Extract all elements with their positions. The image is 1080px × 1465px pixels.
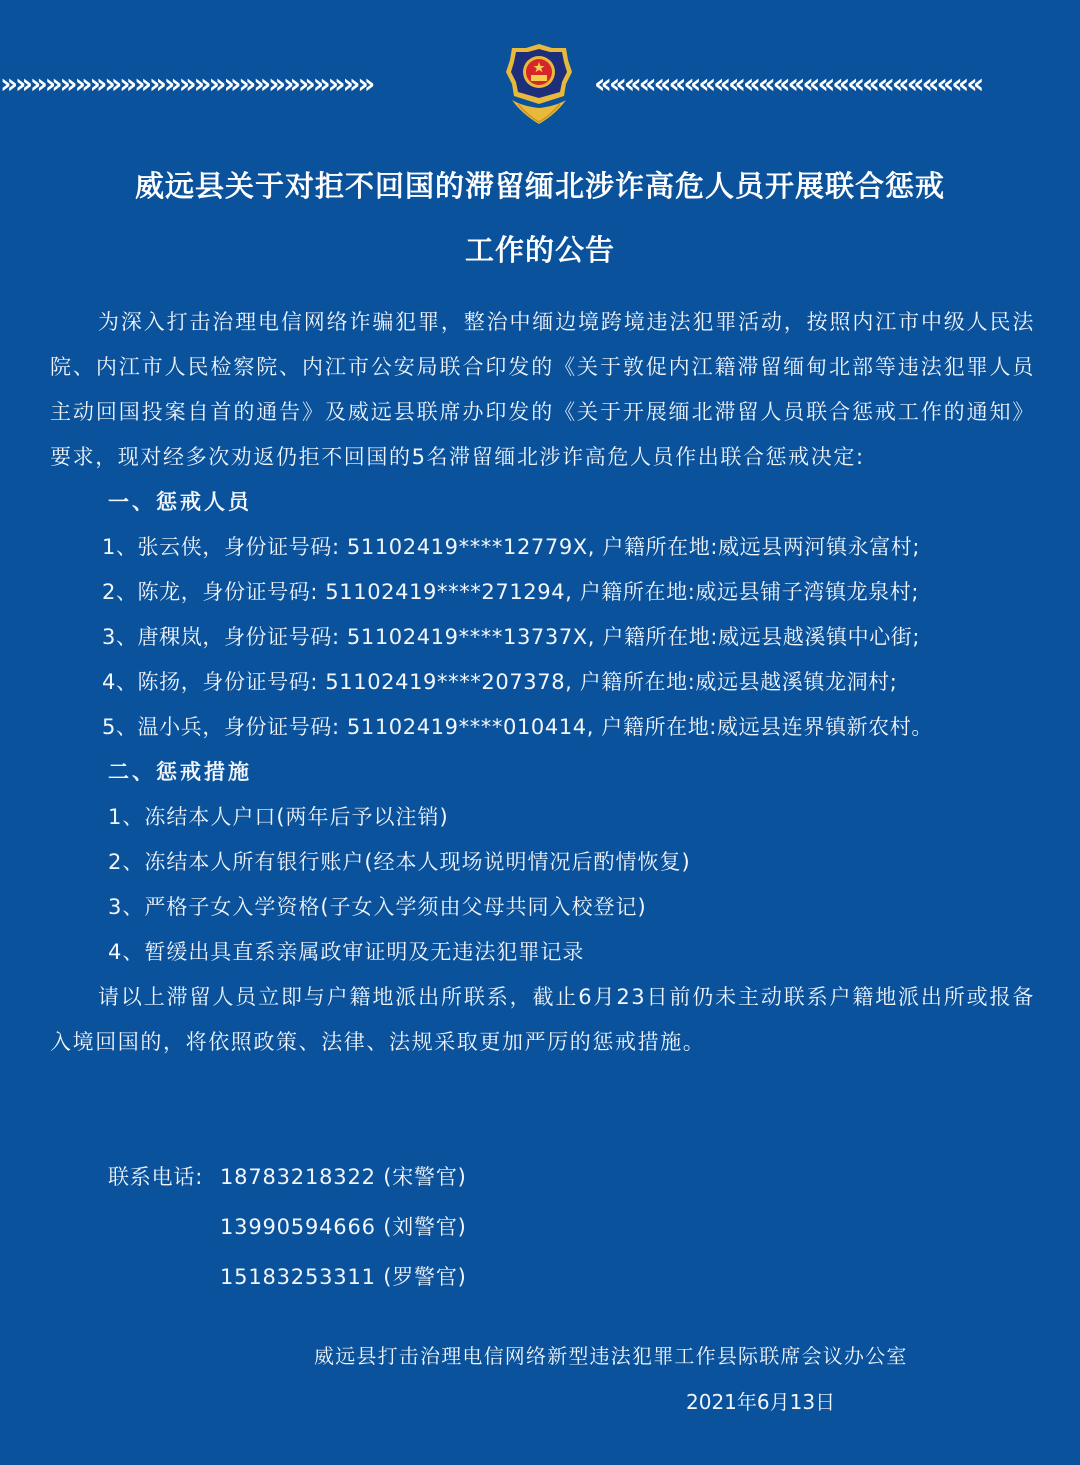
measure-item: 3、严格子女入学资格(子女入学须由父母共同入校登记) [50,885,1035,930]
contact-phone: 15183253311 (罗警官) [220,1252,467,1302]
contact-label: 联系电话: [108,1152,220,1202]
person-item: 5、温小兵，身份证号码: 51102419****010414, 户籍所在地:威… [50,705,1035,750]
closing-paragraph: 请以上滞留人员立即与户籍地派出所联系，截止6月23日前仍未主动联系户籍地派出所或… [50,975,1035,1065]
person-item: 4、陈扬，身份证号码: 51102419****207378, 户籍所在地:威远… [50,660,1035,705]
chevron-right-decoration-icon: »»»»»»»»»»»»»»»»»»»»»»»»» [0,70,488,98]
measure-item: 2、冻结本人所有银行账户(经本人现场说明情况后酌情恢复) [50,840,1035,885]
contact-phone: 18783218322 (宋警官) [220,1152,467,1202]
measure-item: 1、冻结本人户口(两年后予以注销) [50,795,1035,840]
police-emblem-icon [502,42,576,126]
page-title-continued: 工作的公告 [0,228,1080,269]
person-item: 3、唐稞岚，身份证号码: 51102419****13737X, 户籍所在地:威… [50,615,1035,660]
chevron-left-decoration-icon: «««««««««««««««««««««««««« [594,70,1080,98]
announcement-body: 为深入打击治理电信网络诈骗犯罪，整治中缅边境跨境违法犯罪活动，按照内江市中级人民… [50,300,1035,1065]
intro-paragraph: 为深入打击治理电信网络诈骗犯罪，整治中缅边境跨境违法犯罪活动，按照内江市中级人民… [50,300,1035,480]
issue-date: 2021年6月13日 [686,1386,835,1415]
announcement-poster: »»»»»»»»»»»»»»»»»»»»»»»»» ««««««««««««««… [0,0,1080,1465]
person-item: 1、张云侠，身份证号码: 51102419****12779X, 户籍所在地:威… [50,525,1035,570]
issuing-organization: 威远县打击治理电信网络新型违法犯罪工作县际联席会议办公室 [314,1340,908,1369]
person-item: 2、陈龙，身份证号码: 51102419****271294, 户籍所在地:威远… [50,570,1035,615]
contact-block: 联系电话: 18783218322 (宋警官) 13990594666 (刘警官… [108,1152,467,1302]
page-title: 威远县关于对拒不回国的滞留缅北涉诈高危人员开展联合惩戒 [0,164,1080,205]
section-heading-persons: 一、惩戒人员 [50,480,1035,525]
contact-phone: 13990594666 (刘警官) [220,1202,467,1252]
section-heading-measures: 二、惩戒措施 [50,750,1035,795]
header-banner: »»»»»»»»»»»»»»»»»»»»»»»»» ««««««««««««««… [0,42,1080,126]
measure-item: 4、暂缓出具直系亲属政审证明及无违法犯罪记录 [50,930,1035,975]
